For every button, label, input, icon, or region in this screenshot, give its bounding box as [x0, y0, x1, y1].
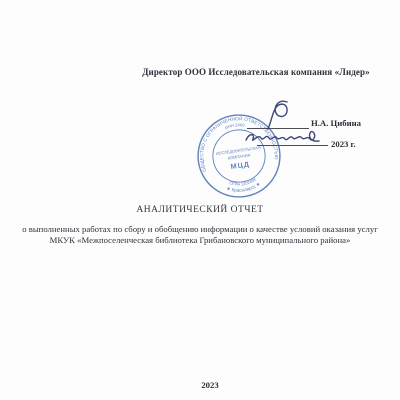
report-subtitle: о выполненных работах по сбору и обобщен… — [0, 224, 400, 246]
report-subtitle-line2: МКУК «Межпоселенческая библиотека Грибан… — [0, 235, 400, 246]
scanned-report-page: Директор ООО Исследовательская компания … — [0, 0, 400, 400]
signature-scribble-stroke — [246, 132, 319, 142]
footer-year: 2023 — [20, 380, 400, 390]
signature-date: 2023 г. — [331, 139, 356, 149]
seal-center-abbr: МЦД — [230, 160, 250, 171]
director-signature-caption: Директор ООО Исследовательская компания … — [110, 67, 400, 77]
signature-flourish-stroke — [268, 101, 287, 129]
report-title: АНАЛИТИЧЕСКИЙ ОТЧЕТ — [0, 205, 400, 215]
report-subtitle-line1: о выполненных работах по сбору и обобщен… — [0, 224, 400, 235]
signatory-name: Н.А. Цибина — [311, 118, 361, 128]
